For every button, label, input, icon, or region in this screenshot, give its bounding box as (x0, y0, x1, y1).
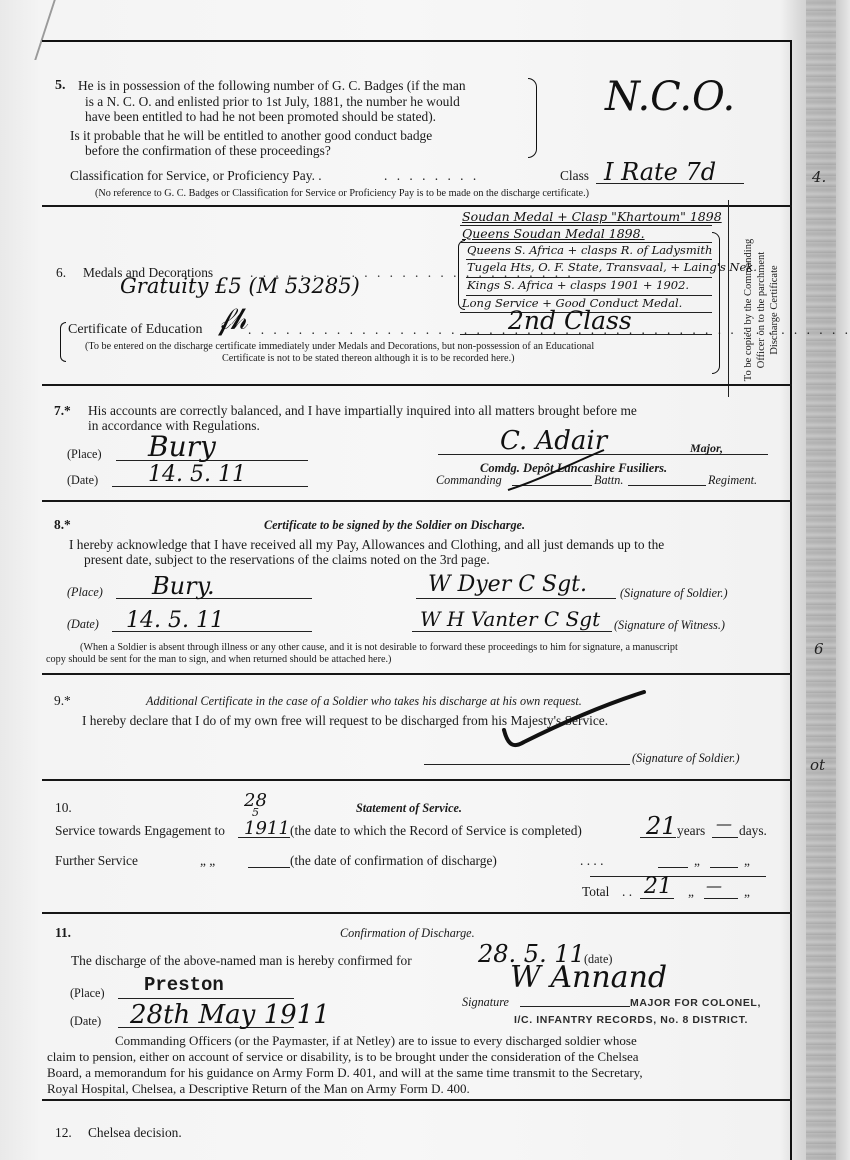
total-rule (590, 876, 766, 877)
chelsea-decision-label: Chelsea decision. (88, 1125, 182, 1141)
total-days-line (704, 898, 738, 899)
education-note: (To be entered on the discharge certific… (85, 341, 594, 353)
days-line (712, 837, 738, 838)
rank: Major, (690, 440, 723, 456)
medal-entry: Soudan Medal + Clasp "Khartoum" 1898 (462, 209, 722, 224)
instructions-text: Board, a memorandum for his guidance on … (47, 1065, 643, 1081)
date-label: (Date) (67, 472, 98, 488)
section-heading: Confirmation of Discharge. (340, 925, 475, 941)
medal-line (460, 225, 712, 226)
ditto-mark: „ (744, 853, 750, 869)
handwritten-nco-answer: N.C.O. (605, 74, 735, 120)
years-value[interactable]: 21 (646, 812, 677, 840)
leader-dots: . . . . (580, 853, 603, 869)
years-label: years (677, 823, 705, 839)
acknowledge-text: present date, subject to the reservation… (84, 552, 490, 568)
date-label: (Date) (67, 616, 99, 632)
education-value: 2nd Class (508, 306, 632, 335)
engagement-year[interactable]: 1911 (244, 818, 290, 839)
section-number: 5. (55, 78, 66, 94)
section-number: 6. (56, 265, 66, 281)
place-value[interactable]: Bury. (152, 572, 215, 600)
soldier-signature: W Dyer C Sgt. (428, 572, 587, 597)
ditto-mark: „ (694, 853, 700, 869)
date-label: (Date) (70, 1013, 101, 1029)
witness-signature-line (412, 631, 612, 632)
good-conduct-question-line: Is it probable that he will be entitled … (70, 128, 432, 144)
total-days[interactable]: — (706, 876, 722, 895)
ditto-mark: „ (744, 884, 750, 900)
badges-question-line: have been entitled to had he not been pr… (85, 109, 436, 125)
medal-line (466, 295, 712, 296)
further-date-line (248, 867, 290, 868)
regiment-label: Regiment. (708, 472, 757, 488)
education-label: Certificate of Education (68, 322, 203, 338)
divider (42, 205, 792, 207)
initials-mark: 𝒻𝒽 (218, 302, 249, 337)
accounts-text: His accounts are correctly balanced, and… (88, 403, 637, 419)
stamp-line: I/C. INFANTRY RECORDS, No. 8 DISTRICT. (514, 1012, 748, 1028)
confirming-signature: W Annand (510, 960, 667, 995)
side-note: To be copied by the Commanding Officer o… (742, 225, 792, 395)
margin-mark: 6 (814, 640, 824, 658)
medal-entry: Queens Soudan Medal 1898. (462, 226, 645, 241)
confirmation-text: The discharge of the above-named man is … (71, 953, 412, 969)
medal-line (466, 259, 712, 260)
stamp-line: MAJOR FOR COLONEL, (630, 995, 761, 1011)
further-years-line (658, 867, 688, 868)
section-heading: Statement of Service. (356, 800, 462, 816)
margin-mark: ot (810, 756, 825, 774)
side-note-divider (728, 200, 729, 397)
date-value[interactable]: 28th May 1911 (130, 1000, 330, 1030)
date-value[interactable]: 14. 5. 11 (148, 462, 246, 487)
engagement-note: (the date to which the Record of Service… (290, 823, 582, 839)
side-note-line: Officer on to the parchment (755, 225, 768, 395)
checkmark-icon (500, 690, 650, 750)
regiment-line (628, 485, 706, 486)
place-label: (Place) (67, 584, 103, 600)
brace (528, 78, 537, 158)
class-field-value[interactable]: I Rate 7d (604, 158, 716, 186)
instructions-text: claim to pension, either on account of s… (47, 1049, 639, 1065)
medal-entry: Queens S. Africa + clasps R. of Ladysmit… (467, 243, 712, 257)
classification-label: Classification for Service, or Proficien… (70, 168, 322, 184)
section-number: 11. (55, 925, 71, 941)
divider (42, 1099, 792, 1101)
place-line (118, 998, 294, 999)
signature-label: Signature (462, 994, 509, 1010)
place-value[interactable]: Bury (148, 430, 216, 463)
education-line (460, 334, 712, 335)
days-label: days. (739, 823, 767, 839)
section-number: 7.* (54, 403, 71, 419)
engagement-label: Service towards Engagement to (55, 823, 225, 839)
document-page: 4. 6 ot 5. He is in possession of the fo… (0, 0, 850, 1160)
divider (42, 500, 792, 502)
instructions-text: Commanding Officers (or the Paymaster, i… (115, 1033, 637, 1049)
witness-signature: W H Vanter C Sgt (420, 607, 600, 631)
divider (42, 673, 792, 675)
instructions-text: Royal Hospital, Chelsea, a Descriptive R… (47, 1081, 470, 1097)
divider (42, 779, 792, 781)
side-note-line: Discharge Certificate (768, 225, 781, 395)
total-label: Total (582, 884, 609, 900)
place-label: (Place) (67, 446, 102, 462)
section-number: 12. (55, 1125, 72, 1141)
date-value[interactable]: 14. 5. 11 (126, 608, 224, 633)
section-number: 10. (55, 800, 72, 816)
section-number: 8.* (54, 517, 71, 533)
commanding-label: Commanding (436, 472, 502, 488)
section-heading: Certificate to be signed by the Soldier … (264, 517, 525, 533)
days-value[interactable]: — (716, 814, 732, 833)
medal-line (460, 242, 712, 243)
section-number: 9.* (54, 693, 71, 709)
leader-dots: . . (622, 884, 632, 900)
divider (42, 384, 792, 386)
handwritten-gratuity: Gratuity £5 (M 53285) (120, 274, 360, 298)
soldier-signature-line (424, 764, 630, 765)
signature-line (520, 1006, 630, 1007)
margin-mark: 4. (812, 168, 826, 186)
badges-question-line: He is in possession of the following num… (78, 78, 466, 94)
divider (42, 912, 792, 914)
medal-entry: Kings S. Africa + clasps 1901 + 1902. (467, 278, 689, 292)
section-5-note: (No reference to G. C. Badges or Classif… (95, 188, 589, 200)
witness-signature-label: (Signature of Witness.) (614, 617, 725, 633)
absent-note: copy should be sent for the man to sign,… (46, 654, 391, 666)
further-days-line (710, 867, 738, 868)
ditto-marks: „ „ (200, 853, 215, 869)
side-note-line: To be copied by the Commanding (742, 225, 755, 395)
strike-through-mark (500, 446, 610, 496)
place-value[interactable]: Preston (144, 974, 224, 996)
soldier-signature-label: (Signature of Soldier.) (620, 585, 728, 601)
brace (60, 322, 66, 362)
acknowledge-text: I hereby acknowledge that I have receive… (69, 537, 664, 553)
leader-dots: . . . . . . . . (384, 168, 479, 184)
brace (712, 232, 720, 374)
badges-question-line: is a N. C. O. and enlisted prior to 1st … (85, 94, 460, 110)
further-service-label: Further Service (55, 853, 138, 869)
medal-line (466, 277, 712, 278)
education-note: Certificate is not to be stated thereon … (222, 353, 515, 365)
ditto-mark: „ (688, 884, 694, 900)
class-label: Class (560, 168, 589, 184)
further-service-note: (the date of confirmation of discharge) (290, 853, 497, 869)
soldier-signature-line (416, 598, 616, 599)
soldier-signature-label: (Signature of Soldier.) (632, 750, 740, 766)
absent-note: (When a Soldier is absent through illnes… (80, 642, 678, 654)
good-conduct-question-line: before the confirmation of these proceed… (85, 143, 331, 159)
place-label: (Place) (70, 985, 105, 1001)
total-years[interactable]: 21 (644, 874, 672, 899)
